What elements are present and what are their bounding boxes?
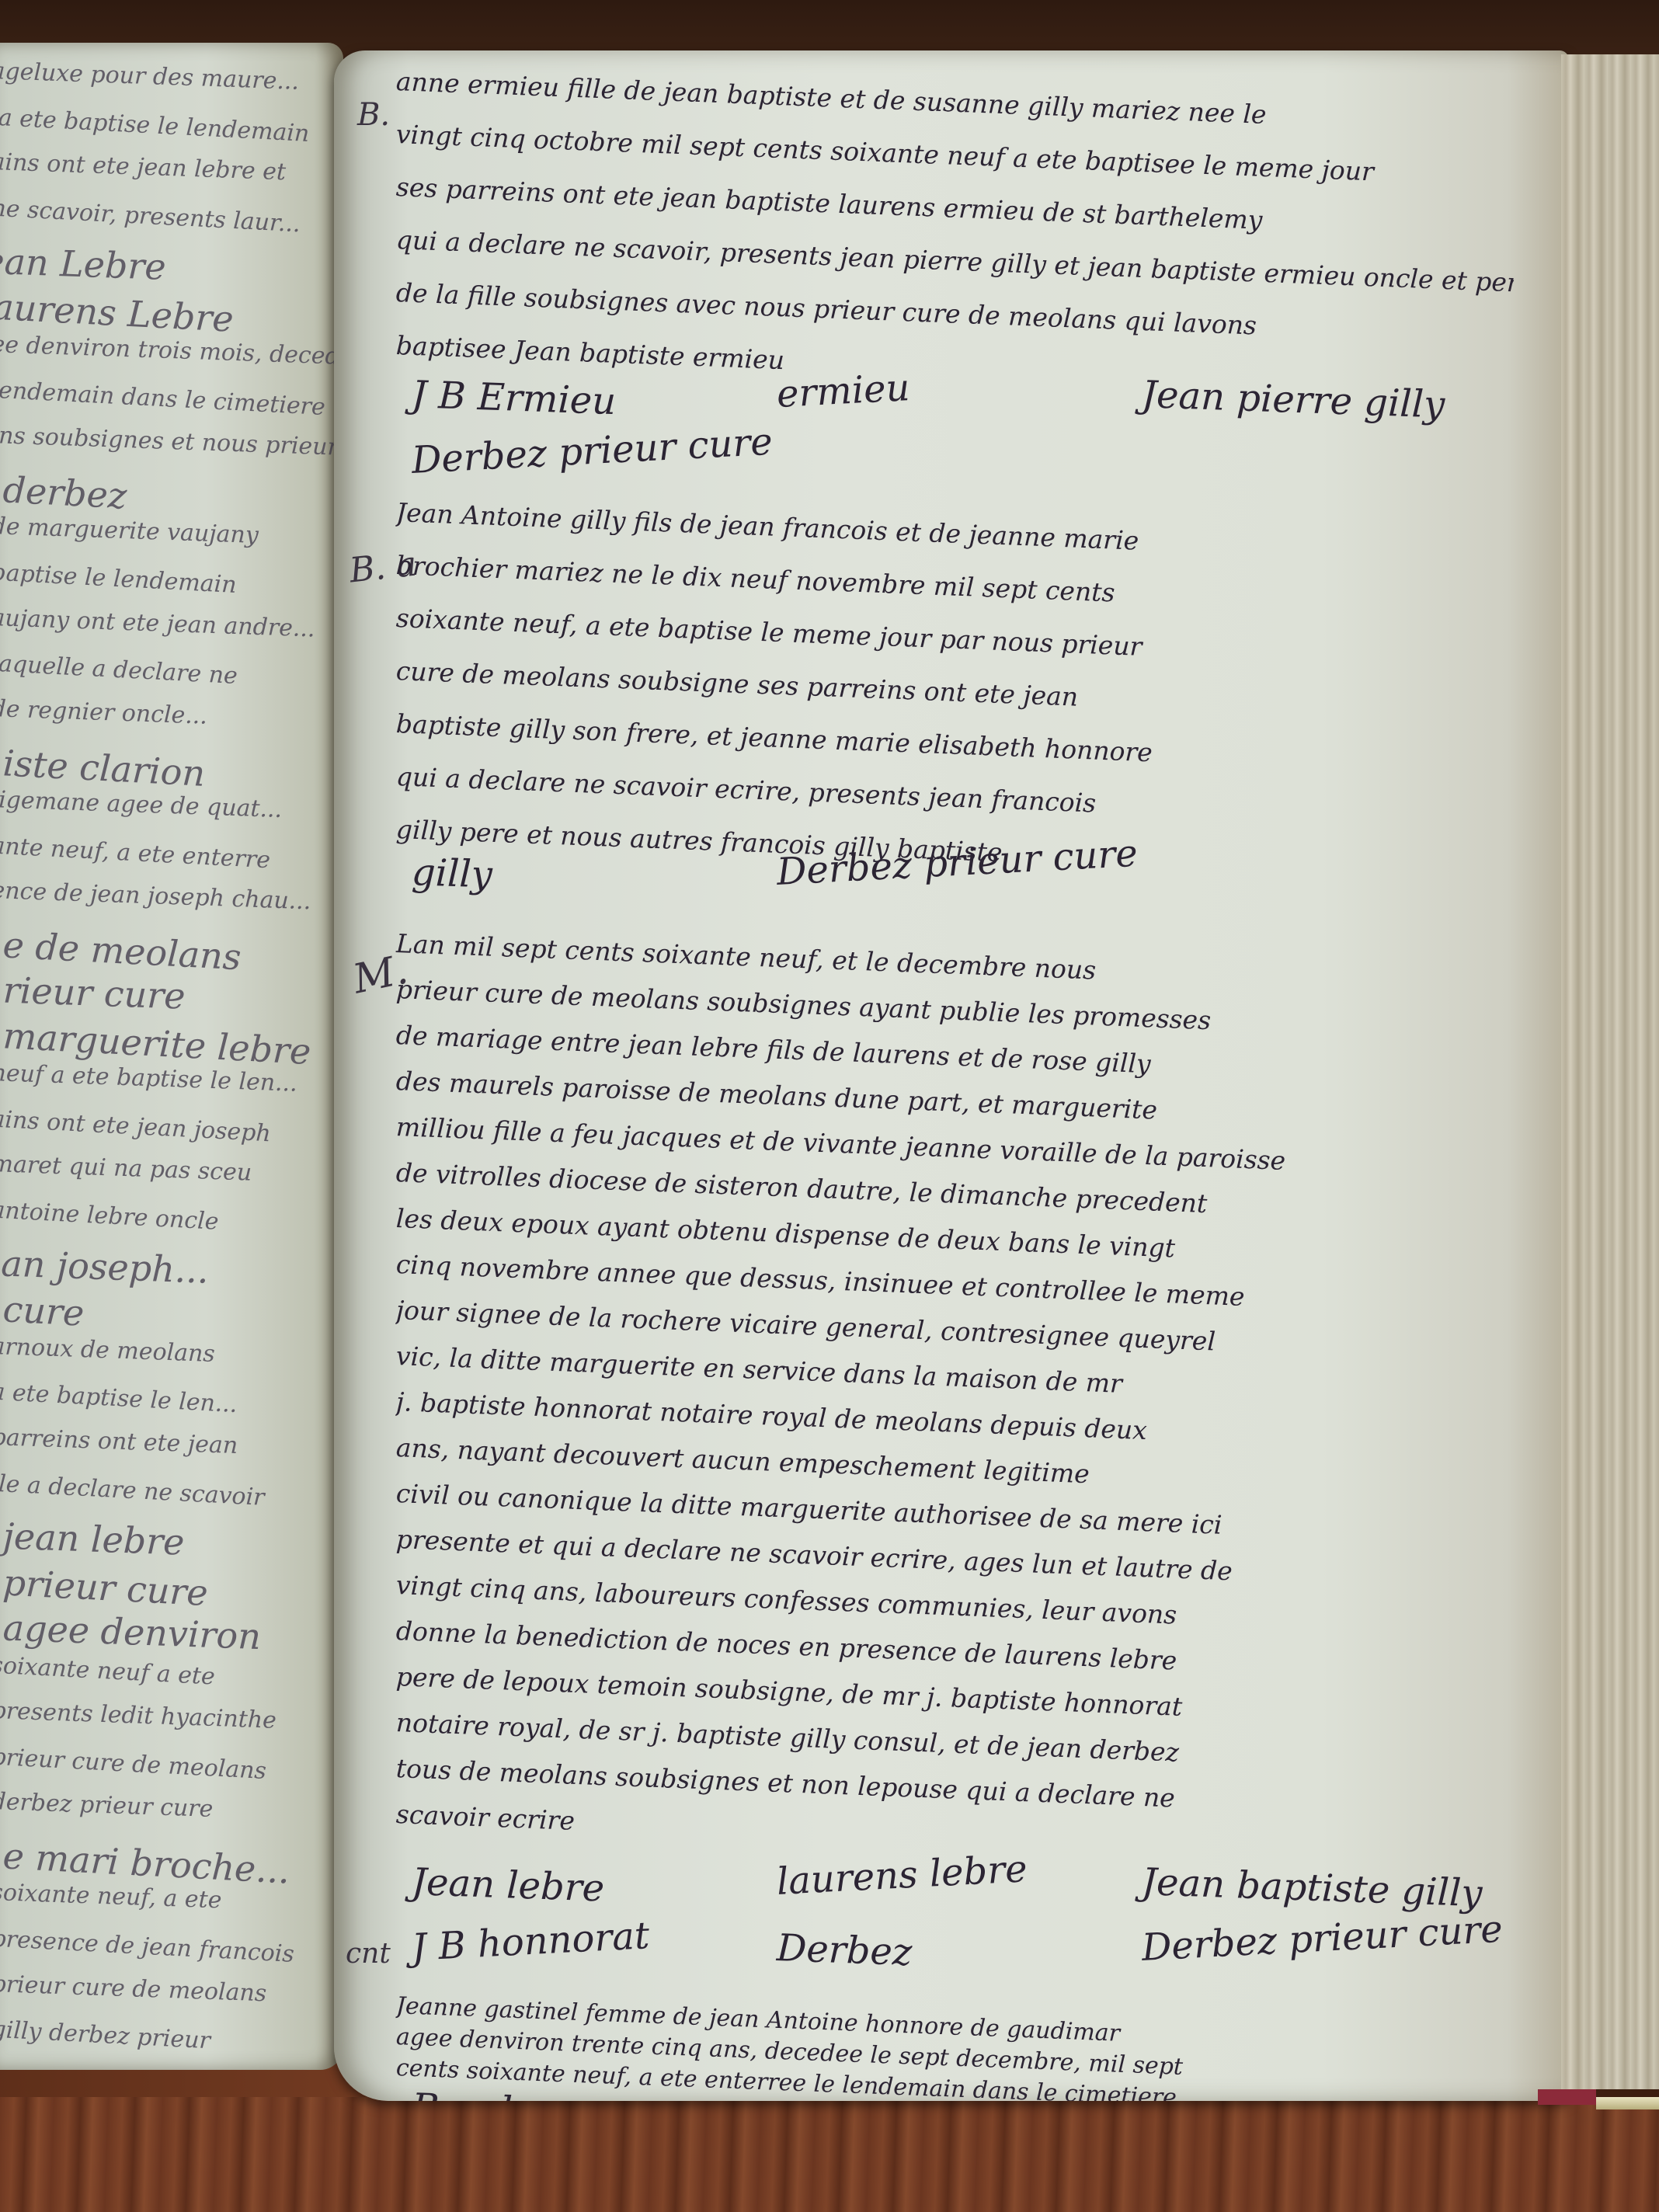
- left-page-line: ...rieur cure: [0, 968, 186, 1017]
- left-page: ...ageluxe pour des maure......ja ete ba…: [0, 43, 343, 2070]
- left-page-line: ...prieur cure de meolans: [0, 1970, 267, 2007]
- left-page-line: Jean Lebre: [0, 239, 167, 288]
- book-cover-leather: [0, 2097, 1659, 2212]
- left-page-line: ...ains ont ete jean joseph: [0, 1104, 272, 1147]
- signature: Derbez prieur cure: [1141, 1908, 1504, 1970]
- left-page-line: jean joseph...: [0, 1241, 210, 1292]
- left-page-line: ...antoine lebre oncle: [0, 1195, 219, 1236]
- signature: gilly: [411, 850, 493, 897]
- left-page-line: ...soixante neuf a ete: [0, 1650, 216, 1691]
- left-page-line: ...ante neuf, a ete enterre: [0, 831, 271, 874]
- left-page-line: ...ja ete baptise le lendemain: [0, 103, 310, 148]
- left-page-line: ...ins soubsignes et nous prieur: [0, 421, 339, 461]
- left-page-line: ...cure: [0, 1286, 85, 1334]
- left-page-line: ...prieur cure de meolans: [0, 1742, 267, 1785]
- left-page-line: ...ageluxe pour des maure...: [0, 57, 300, 96]
- left-page-line: ...parreins ont ete jean: [0, 1423, 238, 1459]
- signature: Jean lebre: [411, 1860, 605, 1911]
- left-page-line: ...maret qui na pas sceu: [0, 1149, 252, 1187]
- margin-note-baptism-1: B.: [357, 97, 390, 133]
- signature: ermieu: [776, 366, 911, 416]
- left-page-line: ...a ete baptise le len...: [0, 1377, 238, 1418]
- left-page-line: ...gilly derbez prieur: [0, 2015, 211, 2054]
- left-page-line: ...arnoux de meolans: [0, 1332, 215, 1368]
- right-page: B. B. a M. cnt anne ermieu fille de jean…: [334, 50, 1569, 2101]
- left-page-line: ...lle a declare ne scavoir: [0, 1469, 265, 1511]
- left-page-line: ...derbez prieur cure: [0, 1787, 214, 1823]
- left-page-line: ...ne scavoir, presents laur...: [0, 193, 301, 238]
- left-page-line: ...ligemane agee de quat...: [0, 785, 283, 823]
- left-page-line: ...derbez: [0, 467, 128, 517]
- left-page-line: ...lendemain dans le cimetiere: [0, 375, 326, 421]
- left-page-line: ...ence de jean joseph chau...: [0, 876, 311, 915]
- signature: laurens lebre: [776, 1847, 1028, 1904]
- page-edges: [1561, 54, 1659, 2089]
- left-page-line: ...aujany ont ete jean andre...: [0, 603, 315, 643]
- left-page-line: ...jean lebre: [0, 1514, 185, 1563]
- red-page-edge: [1538, 2089, 1596, 2105]
- signature: J B Ermieu: [411, 373, 617, 423]
- left-page-line: ...ains ont ete jean lebre et: [0, 148, 287, 186]
- left-page-line: ...baptise le lendemain: [0, 558, 237, 599]
- left-page-line: ...de regnier oncle...: [0, 694, 208, 730]
- left-page-line: ...de marguerite vaujany: [0, 512, 259, 549]
- left-page-line: ...laquelle a declare ne: [0, 649, 238, 690]
- left-page-line: ...prieur cure: [0, 1560, 209, 1614]
- signature: Derbez prieur cure: [411, 420, 774, 482]
- signature: Derbez: [776, 1926, 913, 1974]
- left-page-line: ...presence de jean francois: [0, 1924, 295, 1968]
- left-page-line: ...presents ledit hyacinthe: [0, 1696, 276, 1734]
- signature: J B honnorat: [411, 1914, 651, 1970]
- left-page-line: ...agee denviron: [0, 1605, 262, 1657]
- left-page-line: ...iste clarion: [0, 740, 206, 795]
- gilt-edge: [1596, 2097, 1659, 2109]
- margin-note-burial: cnt: [346, 1938, 391, 1970]
